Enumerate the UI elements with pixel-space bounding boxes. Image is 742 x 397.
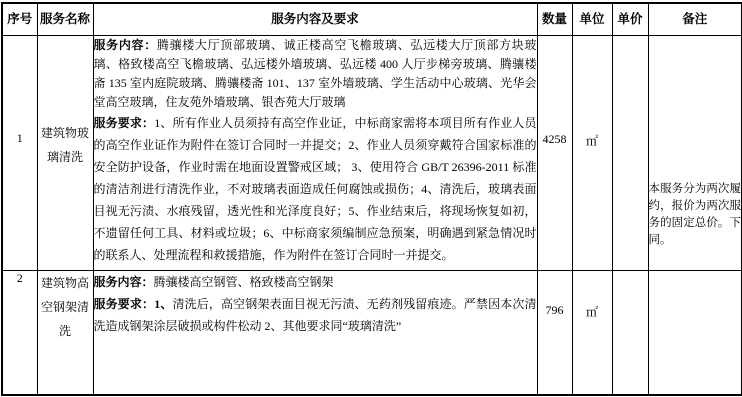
header-unit: 单位 <box>572 3 612 35</box>
service-content-cell: 服务内容：腾骧楼大厅顶部玻璃、诚正楼高空飞檐玻璃、弘远楼大厅顶部方块玻璃、格致楼… <box>93 35 537 270</box>
content-text: 腾骧楼大厅顶部玻璃、诚正楼高空飞檐玻璃、弘远楼大厅顶部方块玻璃、格致楼高空飞檐玻… <box>94 38 537 109</box>
unit-value: ㎡ <box>573 271 612 320</box>
seq-value: 1 <box>3 36 37 146</box>
procurement-document-page: 序号 服务名称 服务内容及要求 数量 单位 单价 备注 1 建筑物玻璃清洗 服务… <box>0 0 742 397</box>
seq-cell: 2 <box>2 270 37 395</box>
quantity-cell: 796 <box>537 270 572 395</box>
content-text: 腾骧楼高空钢管、格致楼高空钢架 <box>154 275 334 289</box>
unit-price-cell <box>612 270 648 395</box>
service-name-cell: 建筑物玻璃清洗 <box>37 35 93 270</box>
table-row-glass-cleaning: 1 建筑物玻璃清洗 服务内容：腾骧楼大厅顶部玻璃、诚正楼高空飞檐玻璃、弘远楼大厅… <box>2 35 742 270</box>
remarks-text: 本服务分为两次履约，报价为两次服务的固定总价。下同。 <box>649 36 742 249</box>
header-service-name: 服务名称 <box>37 3 93 35</box>
service-name-cell: 建筑物高空钢架清洗 <box>37 270 93 395</box>
requirements-bold-prefix: 1、 <box>154 297 172 311</box>
header-row: 序号 服务名称 服务内容及要求 数量 单位 单价 备注 <box>2 3 742 35</box>
quantity-cell: 4258 <box>537 35 572 270</box>
table-row-steel-frame-cleaning: 2 建筑物高空钢架清洗 服务内容：腾骧楼高空钢管、格致楼高空钢架 服务要求：1、… <box>2 270 742 395</box>
header-quantity: 数量 <box>537 3 572 35</box>
unit-cell: ㎡ <box>572 270 612 395</box>
header-unit-price: 单价 <box>612 3 648 35</box>
unit-cell: ㎡ <box>572 35 612 270</box>
seq-cell: 1 <box>2 35 37 270</box>
service-name-text: 建筑物高空钢架清洗 <box>38 271 93 343</box>
requirements-text: 1、所有作业人员须持有高空作业证，中标商家需将本项目所有作业人员的高空作业证作为… <box>94 116 537 262</box>
header-seq: 序号 <box>2 3 37 35</box>
unit-price-cell <box>612 35 648 270</box>
header-remarks: 备注 <box>648 3 742 35</box>
service-content-cell: 服务内容：腾骧楼高空钢管、格致楼高空钢架 服务要求：1、清洗后，高空钢架表面目视… <box>93 270 537 395</box>
unit-value: ㎡ <box>573 36 612 149</box>
remarks-cell <box>648 270 742 395</box>
quantity-value: 796 <box>538 271 572 318</box>
service-content-paragraph: 服务内容：腾骧楼大厅顶部玻璃、诚正楼高空飞檐玻璃、弘远楼大厅顶部方块玻璃、格致楼… <box>94 36 537 112</box>
requirements-label: 服务要求： <box>94 116 155 130</box>
remarks-cell: 本服务分为两次履约，报价为两次服务的固定总价。下同。 <box>648 35 742 270</box>
service-content-paragraph: 服务内容：腾骧楼高空钢管、格致楼高空钢架 <box>94 271 537 293</box>
service-requirements-paragraph: 服务要求：1、清洗后，高空钢架表面目视无污渍、无药剂残留痕迹。严禁因本次清洗造成… <box>94 293 537 337</box>
service-requirements-paragraph: 服务要求：1、所有作业人员须持有高空作业证，中标商家需将本项目所有作业人员的高空… <box>94 112 537 266</box>
header-service-content: 服务内容及要求 <box>93 3 537 35</box>
requirements-label: 服务要求： <box>94 297 155 311</box>
quantity-value: 4258 <box>538 36 572 147</box>
seq-value: 2 <box>3 271 37 286</box>
service-name-text: 建筑物玻璃清洗 <box>38 36 93 169</box>
content-label: 服务内容： <box>94 38 157 52</box>
service-requirements-table: 序号 服务名称 服务内容及要求 数量 单位 单价 备注 1 建筑物玻璃清洗 服务… <box>1 2 742 396</box>
content-label: 服务内容： <box>94 275 154 289</box>
